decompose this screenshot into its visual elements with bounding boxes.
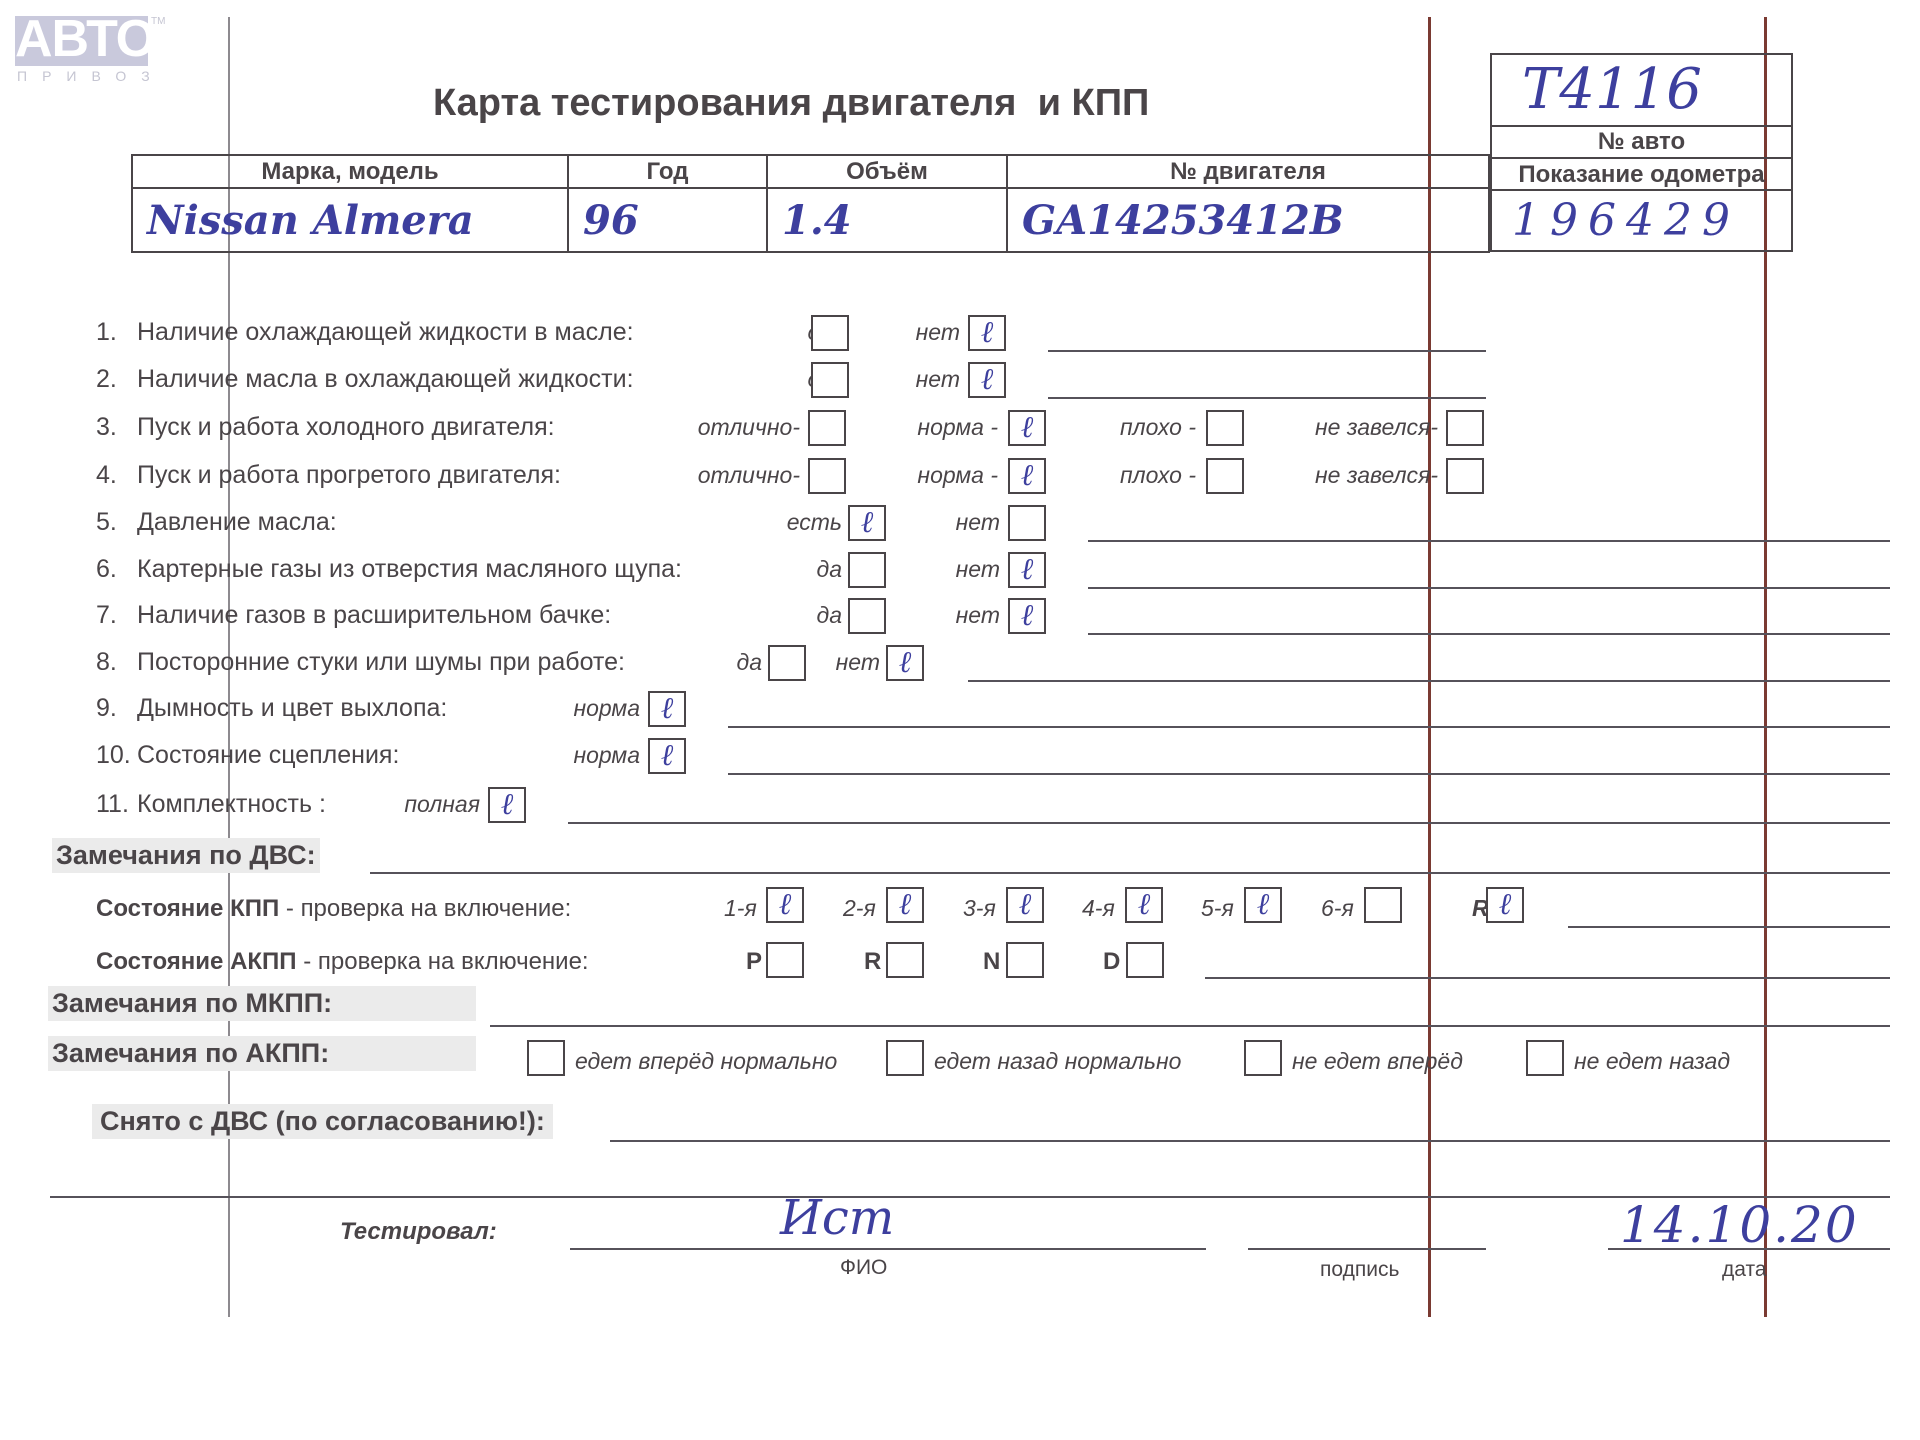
remarks-manual-label: Замечания по МКПП: xyxy=(48,986,476,1021)
option-label: нет xyxy=(800,509,1000,536)
manual-gearbox-label: Состояние КПП - проверка на включение: xyxy=(96,895,571,923)
option-checkbox[interactable] xyxy=(1446,410,1484,446)
option-label: плохо - xyxy=(996,462,1196,489)
option-checkbox[interactable]: ℓ xyxy=(648,738,686,774)
option-checkbox[interactable]: ℓ xyxy=(648,691,686,727)
auto-gearbox-notes-field[interactable] xyxy=(1205,977,1890,979)
manual-gearbox-subtitle: - проверка на включение: xyxy=(279,895,571,922)
gear-checkbox[interactable] xyxy=(1364,887,1402,923)
vehicle-info-table: Марка, модель Год Объём № двигателя Niss… xyxy=(131,154,1490,253)
gear-label: 2-я xyxy=(843,895,876,922)
removed-from-engine-field[interactable] xyxy=(610,1140,1890,1142)
mode-label: R xyxy=(864,948,881,976)
notes-line[interactable] xyxy=(968,680,1890,682)
gear-checkbox[interactable]: ℓ xyxy=(886,887,924,923)
option-label: плохо - xyxy=(996,414,1196,441)
gear-checkbox[interactable]: ℓ xyxy=(1486,887,1524,923)
option-label: отлично- xyxy=(600,462,800,489)
column-header-make-model: Марка, модель xyxy=(132,155,568,188)
option-checkbox[interactable]: ℓ xyxy=(968,315,1006,351)
make-model-field[interactable]: Nissan Almera xyxy=(132,188,568,252)
option-checkbox[interactable]: ℓ xyxy=(488,787,526,823)
mode-label: N xyxy=(983,948,1000,976)
gear-checkbox[interactable]: ℓ xyxy=(766,887,804,923)
column-header-engine-number: № двигателя xyxy=(1007,155,1489,188)
option-label: норма - xyxy=(798,414,998,441)
gear-label: 6-я xyxy=(1321,895,1354,922)
question-label: Давление масла: xyxy=(137,508,337,537)
option-checkbox[interactable] xyxy=(1446,458,1484,494)
logo-brand: АВТО xyxy=(15,10,148,66)
question-label: Наличие масла в охлаждающей жидкости: xyxy=(137,365,634,394)
question-number: 8. xyxy=(96,648,117,677)
check-mark-icon: ℓ xyxy=(1010,600,1044,632)
question-number: 1. xyxy=(96,318,117,347)
column-header-volume: Объём xyxy=(767,155,1007,188)
notes-line[interactable] xyxy=(1088,633,1890,635)
notes-line[interactable] xyxy=(1048,350,1486,352)
notes-line[interactable] xyxy=(568,822,1890,824)
behaviour-label: не едет назад xyxy=(1574,1048,1730,1075)
auto-gearbox-title: Состояние АКПП xyxy=(96,948,297,975)
question-label: Пуск и работа прогретого двигателя: xyxy=(137,461,561,490)
check-mark-icon: ℓ xyxy=(1010,554,1044,586)
check-mark-icon: ℓ xyxy=(650,693,684,725)
option-label: норма - xyxy=(798,462,998,489)
option-label: норма xyxy=(440,695,640,722)
volume-field[interactable]: 1.4 xyxy=(767,188,1007,252)
signature-field[interactable] xyxy=(1248,1248,1486,1250)
mode-checkbox[interactable] xyxy=(1126,942,1164,978)
column-header-year: Год xyxy=(568,155,767,188)
question-label: Состояние сцепления: xyxy=(137,741,399,770)
vehicle-number-field[interactable]: T4116 xyxy=(1522,57,1702,122)
gear-label: 5-я xyxy=(1201,895,1234,922)
mode-checkbox[interactable] xyxy=(1006,942,1044,978)
check-mark-icon: ℓ xyxy=(1008,889,1042,921)
check-mark-icon: ℓ xyxy=(970,364,1004,396)
auto-gearbox-subtitle: - проверка на включение: xyxy=(297,948,589,975)
date-value[interactable]: 14.10.20 xyxy=(1620,1196,1859,1254)
question-number: 11. xyxy=(96,790,129,819)
page-title: Карта тестирования двигателя и КПП xyxy=(433,82,1149,125)
check-mark-icon: ℓ xyxy=(1488,889,1522,921)
mode-label: P xyxy=(746,948,762,976)
date-caption: дата xyxy=(1722,1258,1767,1282)
option-label: нет xyxy=(760,319,960,346)
year-field[interactable]: 96 xyxy=(568,188,767,252)
mode-label: D xyxy=(1103,948,1120,976)
check-mark-icon: ℓ xyxy=(768,889,802,921)
manual-gearbox-notes-field[interactable] xyxy=(1568,926,1890,928)
option-label: полная xyxy=(280,791,480,818)
logo-trademark: TM xyxy=(151,16,165,27)
question-label: Посторонние стуки или шумы при работе: xyxy=(137,648,625,677)
gear-label: 3-я xyxy=(963,895,996,922)
option-checkbox[interactable]: ℓ xyxy=(1008,598,1046,634)
question-label: Картерные газы из отверстия масляного щу… xyxy=(137,555,682,584)
option-label: нет xyxy=(800,602,1000,629)
question-label: Наличие охлаждающей жидкости в масле: xyxy=(137,318,634,347)
check-mark-icon: ℓ xyxy=(650,740,684,772)
behaviour-checkbox[interactable] xyxy=(886,1040,924,1076)
question-number: 9. xyxy=(96,694,117,723)
mode-checkbox[interactable] xyxy=(766,942,804,978)
question-number: 10. xyxy=(96,741,131,770)
behaviour-label: едет вперёд нормально xyxy=(575,1048,837,1075)
question-label: Пуск и работа холодного двигателя: xyxy=(137,413,555,442)
question-number: 5. xyxy=(96,508,117,537)
signature-caption: подпись xyxy=(1320,1258,1399,1282)
behaviour-checkbox[interactable] xyxy=(1244,1040,1282,1076)
check-mark-icon: ℓ xyxy=(970,317,1004,349)
option-checkbox[interactable]: ℓ xyxy=(1008,552,1046,588)
tester-name-field[interactable] xyxy=(570,1248,1206,1250)
remarks-ice-field[interactable] xyxy=(370,872,1890,874)
option-label: отлично- xyxy=(600,414,800,441)
remarks-auto-label: Замечания по АКПП: xyxy=(48,1036,476,1071)
gear-checkbox[interactable]: ℓ xyxy=(1125,887,1163,923)
behaviour-checkbox[interactable] xyxy=(1526,1040,1564,1076)
question-number: 2. xyxy=(96,365,117,394)
notes-line[interactable] xyxy=(1048,397,1486,399)
section-divider xyxy=(50,1196,1890,1198)
behaviour-label: не едет вперёд xyxy=(1292,1048,1463,1075)
gear-checkbox[interactable]: ℓ xyxy=(1244,887,1282,923)
notes-line[interactable] xyxy=(1088,540,1890,542)
check-mark-icon: ℓ xyxy=(888,889,922,921)
option-checkbox[interactable] xyxy=(1008,505,1046,541)
notes-line[interactable] xyxy=(728,726,1890,728)
option-label: нет xyxy=(760,366,960,393)
odometer-field[interactable]: 196429 xyxy=(1492,189,1791,251)
question-label: Наличие газов в расширительном бачке: xyxy=(137,601,611,630)
option-label: не завелся- xyxy=(1238,414,1438,441)
tested-by-label: Тестировал: xyxy=(340,1218,497,1246)
option-label: не завелся- xyxy=(1238,462,1438,489)
manual-gearbox-title: Состояние КПП xyxy=(96,895,279,922)
gear-checkbox[interactable]: ℓ xyxy=(1006,887,1044,923)
gear-label: 4-я xyxy=(1082,895,1115,922)
removed-from-engine-label: Снято с ДВС (по согласованию!): xyxy=(92,1104,553,1139)
option-checkbox[interactable]: ℓ xyxy=(968,362,1006,398)
question-number: 4. xyxy=(96,461,117,490)
tester-signature[interactable]: Ист xyxy=(780,1190,894,1246)
question-number: 7. xyxy=(96,601,117,630)
option-label: нет xyxy=(800,556,1000,583)
option-label: норма xyxy=(440,742,640,769)
remarks-manual-field[interactable] xyxy=(490,1025,1890,1027)
name-caption: ФИО xyxy=(840,1256,887,1280)
behaviour-checkbox[interactable] xyxy=(527,1040,565,1076)
question-number: 3. xyxy=(96,413,117,442)
auto-gearbox-label: Состояние АКПП - проверка на включение: xyxy=(96,948,589,976)
question-number: 6. xyxy=(96,555,117,584)
behaviour-label: едет назад нормально xyxy=(934,1048,1181,1075)
question-label: Дымность и цвет выхлопа: xyxy=(137,694,447,723)
vehicle-number-label: № авто xyxy=(1492,125,1791,157)
check-mark-icon: ℓ xyxy=(888,647,922,679)
check-mark-icon: ℓ xyxy=(1127,889,1161,921)
mode-checkbox[interactable] xyxy=(886,942,924,978)
notes-line[interactable] xyxy=(1088,587,1890,589)
check-mark-icon: ℓ xyxy=(1246,889,1280,921)
remarks-ice-label: Замечания по ДВС: xyxy=(52,838,320,873)
gear-label: 1-я xyxy=(724,895,757,922)
check-mark-icon: ℓ xyxy=(490,789,524,821)
vehicle-number-box: T4116 № авто Показание одометра 196429 xyxy=(1490,53,1793,252)
logo-subtitle: ПРИВОЗ xyxy=(17,68,165,84)
engine-number-field[interactable]: GA14253412B xyxy=(1007,188,1489,252)
option-label: нет xyxy=(680,649,880,676)
notes-line[interactable] xyxy=(728,773,1890,775)
odometer-label: Показание одометра xyxy=(1492,157,1791,189)
option-checkbox[interactable]: ℓ xyxy=(886,645,924,681)
